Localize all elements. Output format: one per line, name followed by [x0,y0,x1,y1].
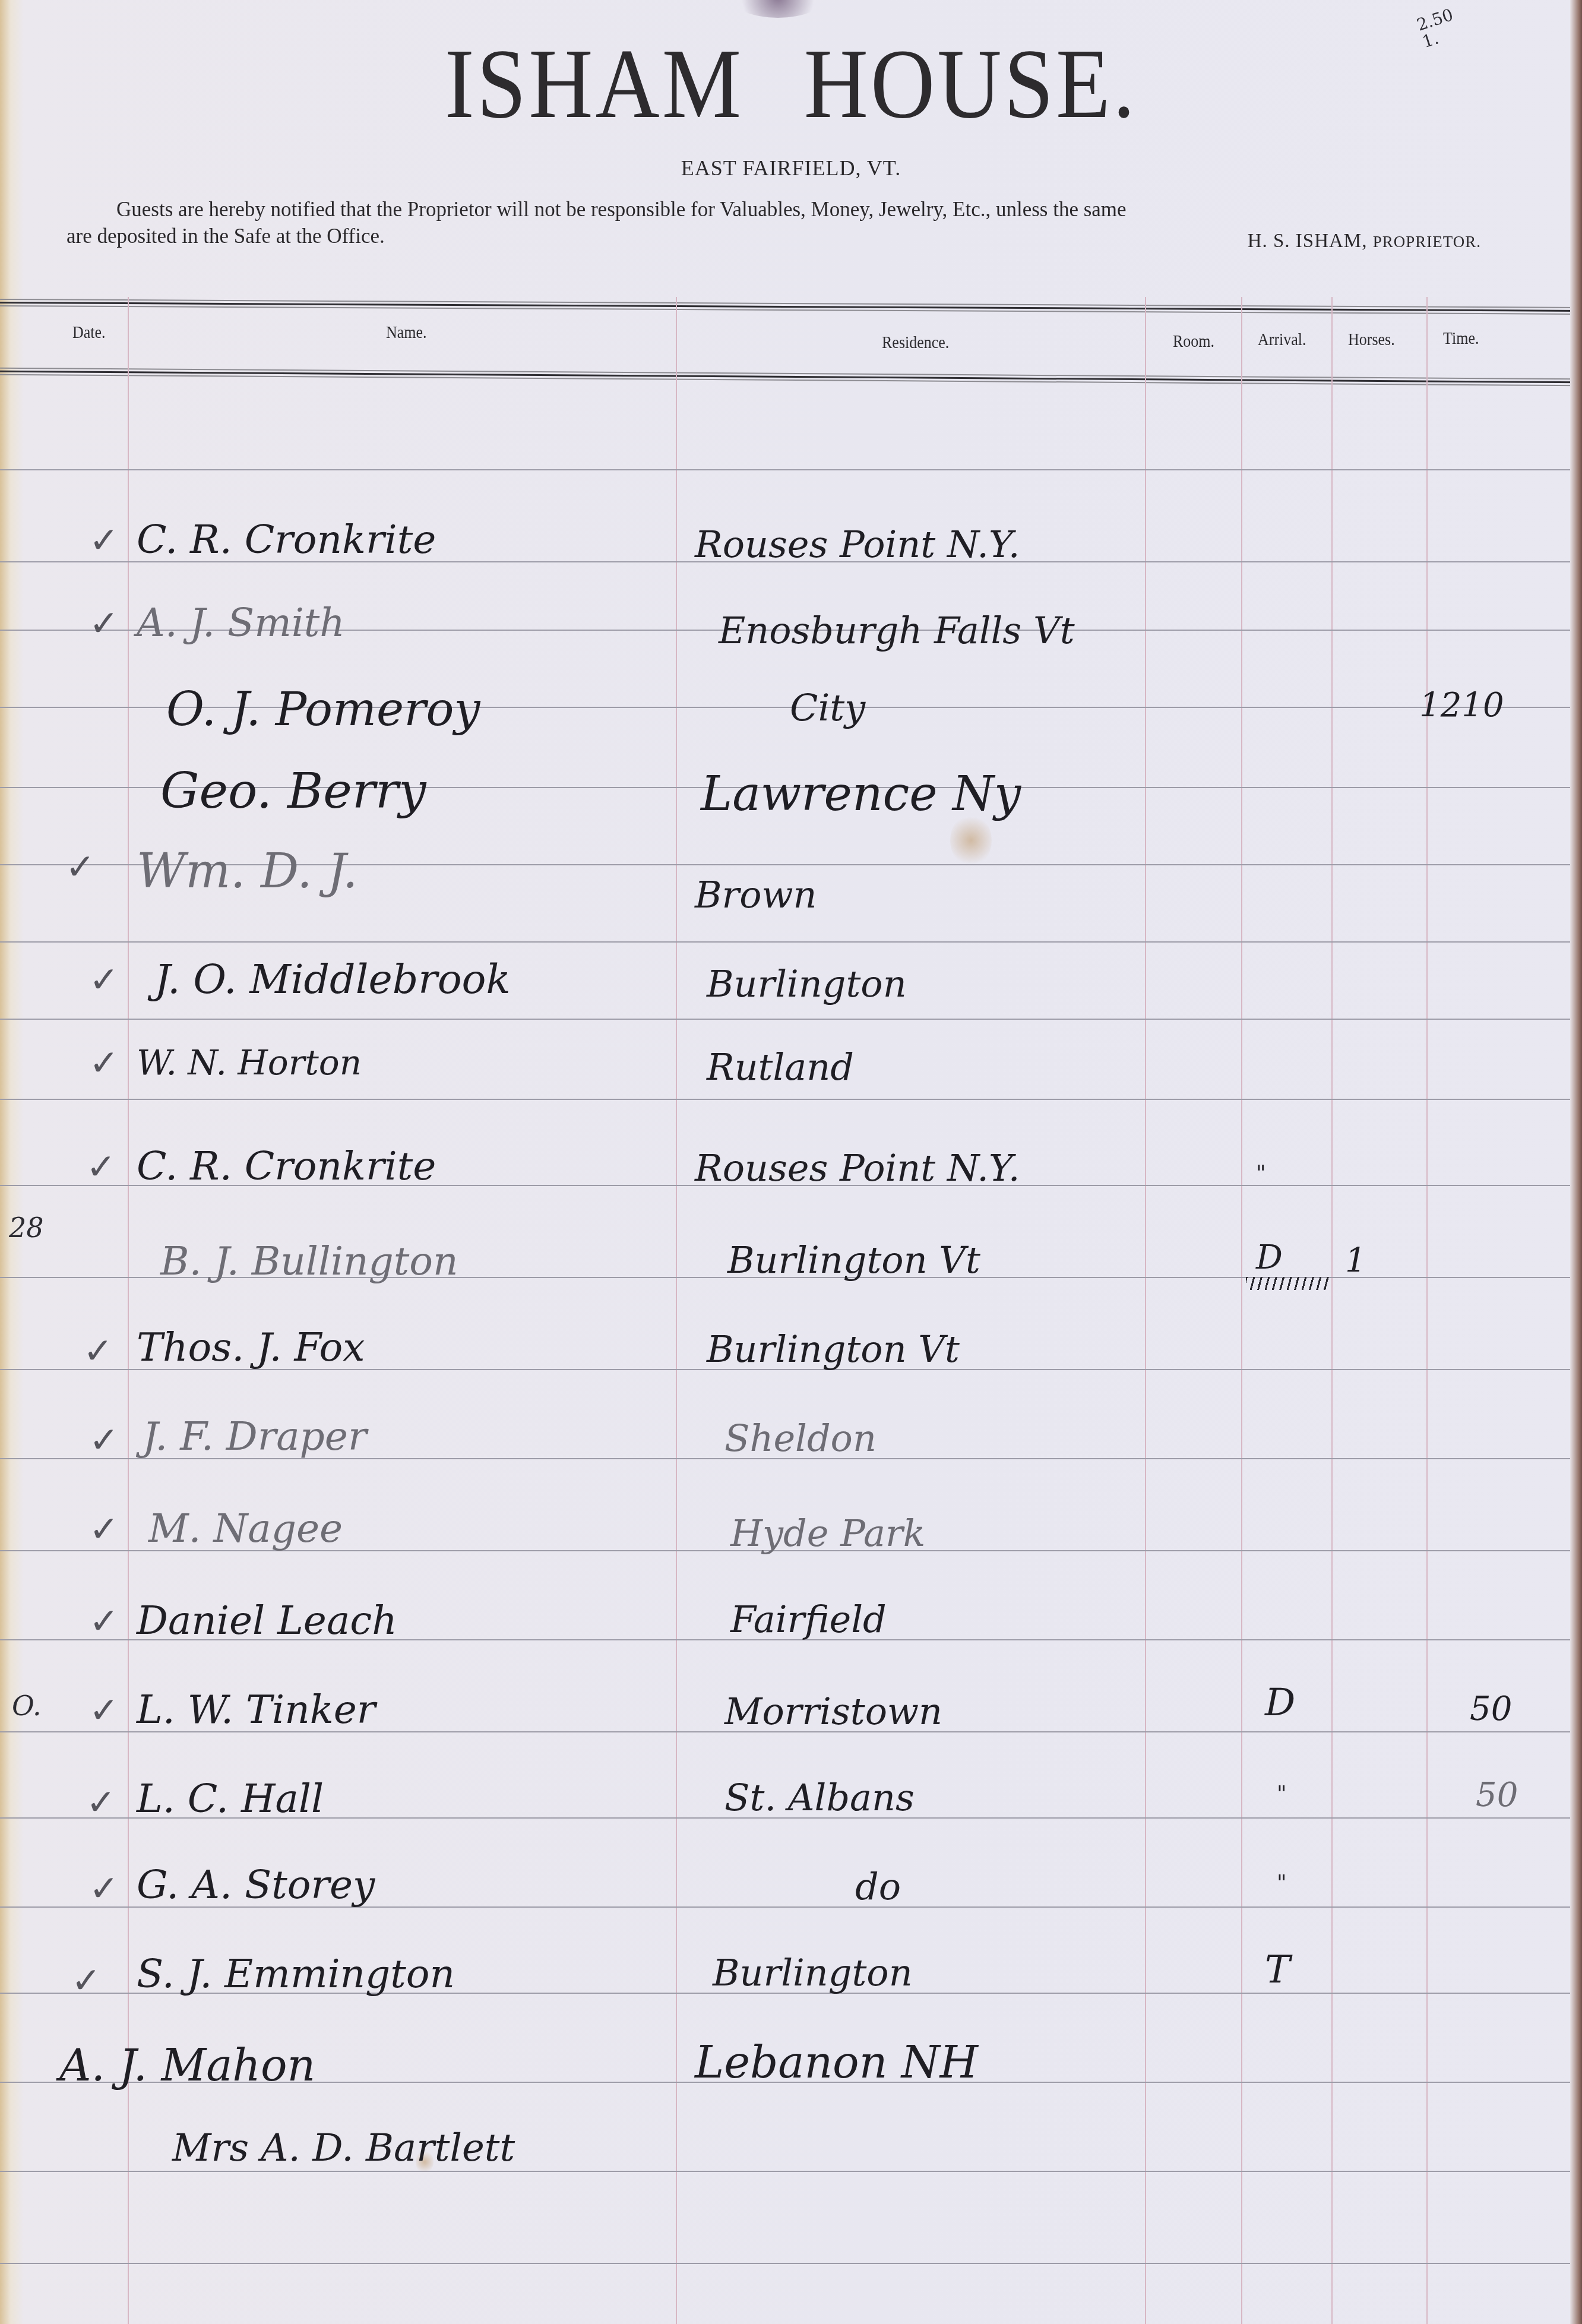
guest-residence: Hyde Park [730,1512,925,1555]
column-header-arrival: Arrival. [1258,330,1306,350]
header-rule-bottom [0,368,1582,387]
guest-name: M. Nagee [148,1506,343,1551]
check-mark: ✓ [89,1042,119,1084]
ruled-line [0,2171,1582,2172]
check-mark: ✓ [89,1601,119,1642]
guest-residence: Brown [695,873,817,916]
proprietor-signature: H. S. ISHAM, PROPRIETOR. [1248,230,1481,252]
column-header-horses: Horses. [1348,330,1395,350]
guest-residence: Enosburgh Falls Vt [719,609,1075,652]
arrival-ditto: " [1277,1782,1287,1806]
register-page: 2.50 1. ISHAM HOUSE. EAST FAIRFIELD, VT.… [0,0,1582,2324]
column-rule-arrival [1331,297,1333,2324]
check-mark: ✓ [86,1146,116,1188]
guest-name: J. O. Middlebrook [154,956,511,1003]
check-mark: ✓ [65,846,95,888]
time-value: 50 [1470,1690,1512,1728]
guest-name: S. J. Emmington [137,1951,455,1997]
column-header-room: Room. [1173,331,1214,352]
hotel-location: EAST FAIRFIELD, VT. [0,156,1582,181]
arrival-value: D [1265,1681,1295,1725]
arrival-value: D [1256,1238,1283,1277]
guest-name: Mrs A. D. Bartlett [172,2126,515,2170]
ruled-line [0,941,1582,943]
proprietor-name: H. S. ISHAM, [1248,230,1368,252]
column-header-date: Date. [72,322,106,343]
check-mark: ✓ [71,1960,101,2002]
date-value: O. [12,1690,42,1722]
arrival-ditto: " [1277,1871,1287,1895]
check-mark: ✓ [89,603,119,644]
guest-name: Geo. Berry [160,763,426,820]
guest-name: Daniel Leach [137,1598,397,1643]
binding-shadow [730,0,825,18]
liability-notice-line2: are deposited in the Safe at the Office. [67,225,385,248]
horses-value: 1 [1345,1241,1366,1280]
column-rule-residence [1145,297,1146,2324]
hotel-title: ISHAM HOUSE. [0,27,1582,141]
guest-name: A. J. Mahon [59,2040,315,2091]
guest-name: A. J. Smith [137,600,345,646]
ink-stain [950,814,992,867]
guest-residence: Lebanon NH [695,2037,978,2088]
check-mark: ✓ [89,1509,119,1550]
ruled-line [0,1019,1582,1020]
guest-residence: Lawrence Ny [701,766,1021,821]
guest-residence: do [855,1865,901,1908]
arrival-value: T [1265,1948,1290,1992]
guest-name: C. R. Cronkrite [137,1143,436,1189]
header-rule-extra [0,379,1582,384]
guest-residence: City [790,686,865,729]
time-value: 1210 [1419,686,1504,725]
guest-residence: St. Albans [724,1776,915,1819]
guest-name: O. J. Pomeroy [166,683,480,736]
guest-name: W. N. Horton [137,1042,362,1083]
check-mark: ✓ [89,1419,119,1461]
guest-residence: Burlington [707,962,907,1006]
guest-residence: Burlington [713,1951,913,1994]
arrival-ditto: " [1256,1161,1266,1185]
proprietor-title: PROPRIETOR. [1373,233,1481,251]
check-mark: ✓ [83,1330,113,1372]
column-header-time: Time. [1443,328,1479,349]
guest-name: L. C. Hall [137,1776,324,1822]
column-rule-name [676,297,677,2324]
check-mark: ✓ [86,1782,116,1823]
check-mark: ✓ [89,520,119,561]
ruled-line [0,2263,1582,2264]
guest-residence: Rouses Point N.Y. [695,1146,1020,1190]
column-rule-room [1241,297,1242,2324]
guest-name: C. R. Cronkrite [137,517,436,562]
check-mark: ✓ [89,959,119,1001]
guest-name: J. F. Draper [143,1414,366,1459]
ruled-line [0,1099,1582,1100]
column-rule-date [128,297,129,2324]
guest-residence: Fairfield [730,1598,887,1641]
guest-name: L. W. Tinker [137,1687,375,1732]
guest-name: G. A. Storey [137,1862,375,1908]
hatch-marks [1246,1277,1329,1290]
guest-name: Wm. D. J. [137,843,357,899]
column-rule-horses [1426,297,1428,2324]
guest-residence: Morristown [724,1690,942,1733]
header-rule-top [0,299,1582,315]
guest-name: B. J. Bullington [160,1238,458,1284]
check-mark: ✓ [89,1868,119,1909]
time-value: 50 [1476,1776,1518,1814]
check-mark: ✓ [89,1690,119,1731]
guest-residence: Rutland [707,1045,854,1089]
column-header-name: Name. [386,322,427,343]
column-header-residence: Residence. [882,333,949,353]
liability-notice: Guests are hereby notified that the Prop… [67,197,1527,222]
guest-residence: Rouses Point N.Y. [695,523,1020,566]
guest-name: Thos. J. Fox [137,1324,365,1370]
guest-residence: Sheldon [724,1416,877,1460]
guest-residence: Burlington Vt [707,1327,960,1371]
date-value: 28 [9,1212,44,1244]
ruled-line [0,469,1582,470]
guest-residence: Burlington Vt [727,1238,980,1282]
